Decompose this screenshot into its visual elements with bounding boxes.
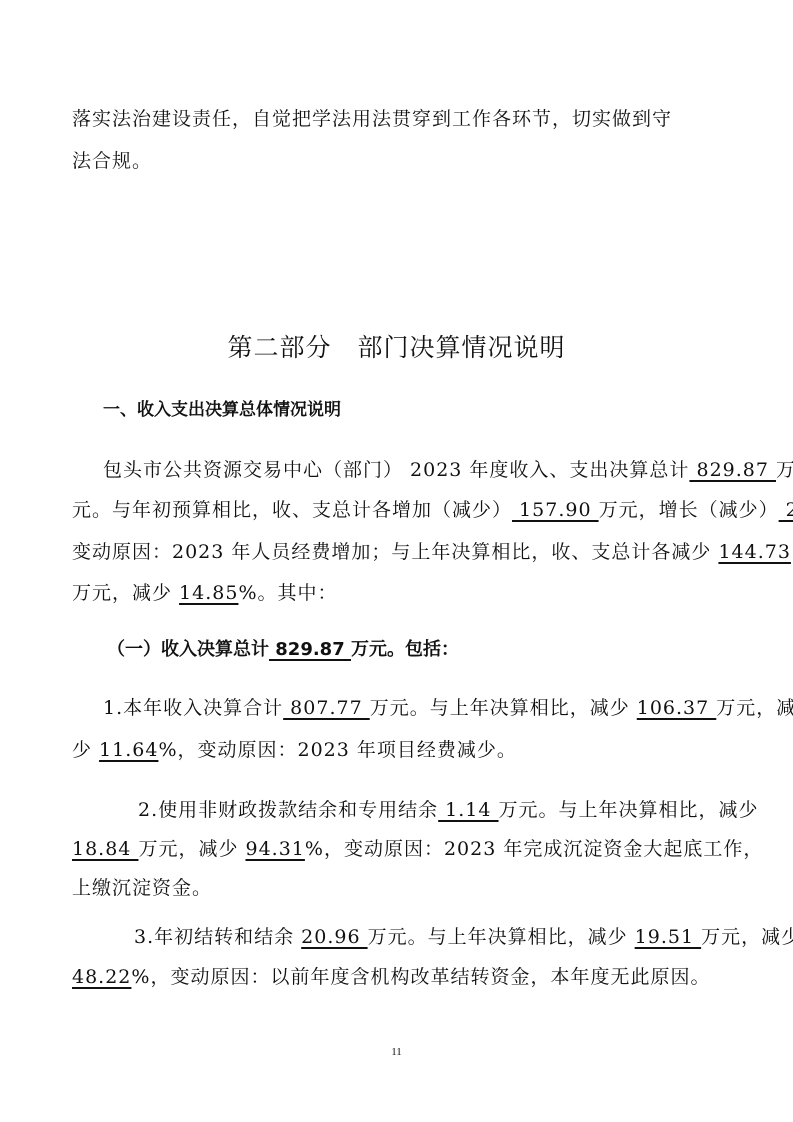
text: 万元。与上年决算相比，减少 [368,926,635,948]
item-3-diff: 19.51 [635,926,701,948]
text: 元。与年初预算相比，收、支总计各增加（减少） [72,499,512,521]
item-3-line-1: 3.年初结转和结余 20.96 万元。与上年决算相比，减少 19.51 万元，减… [134,922,793,949]
item-2-line-3: 上缴沉淀资金。 [72,873,212,900]
text: 万元，增长（减少） [599,499,779,521]
text: 2.使用非财政拨款结余和专用结余 [138,799,438,821]
budget-diff-value: 157.90 [512,499,599,521]
item-1-value: 807.77 [283,697,370,719]
item-1-diff: 106.37 [637,697,717,719]
text: 万元。与上年决算相比，减少 [370,697,637,719]
item-2-line-2: 18.84 万元，减少 94.31%，变动原因：2023 年完成沉淀资金大起底工… [72,834,763,861]
total-value: 829.87 [689,459,776,481]
yoy-diff-pct: 14.85 [179,582,238,604]
paragraph-summary-line-4: 万元，减少 14.85%。其中： [72,578,338,605]
text: 万元，减少 [72,582,179,604]
text: %，变动原因：2023 年完成沉淀资金大起底工作， [305,838,763,860]
intro-line-1: 落实法治建设责任，自觉把学法用法贯穿到工作各环节，切实做到守 [72,104,672,131]
item-1-line-2: 少 11.64%，变动原因：2023 年项目经费减少。 [72,735,517,762]
text: 万元，减少 [701,926,793,948]
budget-diff-pct: 23.50 [779,499,793,521]
text: 3.年初结转和结余 [134,926,301,948]
yoy-diff-value: 144.73 [718,541,790,563]
item-1-pct: 11.64 [99,739,158,761]
text: 万 [776,459,793,481]
page-number: 11 [0,1046,793,1058]
item-2-diff: 18.84 [72,838,138,860]
intro-line-2: 法合规。 [72,146,152,173]
text: %，变动原因：2023 年项目经费减少。 [158,739,516,761]
paragraph-summary-line-1: 包头市公共资源交易中心（部门） 2023 年度收入、支出决算总计 829.87 … [103,455,793,482]
text: 万元，减少 [138,838,245,860]
item-3-value: 20.96 [301,926,367,948]
text: 万元，减 [716,697,793,719]
text: 万元。与上年决算相比，减少 [499,799,759,821]
text: （一）收入决算总计 [107,639,269,660]
text: 少 [72,739,99,761]
income-total-value: 829.87 [269,639,351,660]
text: %。其中： [238,582,337,604]
item-3-line-2: 48.22%，变动原因：以前年度含机构改革结转资金，本年度无此原因。 [72,962,710,989]
item-2-line-1: 2.使用非财政拨款结余和专用结余 1.14 万元。与上年决算相比，减少 [138,795,759,822]
item-2-pct: 94.31 [245,838,304,860]
item-1-line-1: 1.本年收入决算合计 807.77 万元。与上年决算相比，减少 106.37 万… [103,693,793,720]
text: 万元。包括： [351,639,459,660]
item-3-pct: 48.22 [72,966,131,988]
page-title: 第二部分 部门决算情况说明 [0,328,793,364]
text: 包头市公共资源交易中心（部门） 2023 年度收入、支出决算总计 [103,459,689,481]
item-2-value: 1.14 [438,799,498,821]
subsection-heading: （一）收入决算总计 829.87 万元。包括： [107,635,459,661]
text: 1.本年收入决算合计 [103,697,283,719]
text: 变动原因：2023 年人员经费增加；与上年决算相比，收、支总计各减少 [72,541,718,563]
paragraph-summary-line-2: 元。与年初预算相比，收、支总计各增加（减少） 157.90 万元，增长（减少） … [72,495,793,522]
text: %，变动原因：以前年度含机构改革结转资金，本年度无此原因。 [131,966,710,988]
paragraph-summary-line-3: 变动原因：2023 年人员经费增加；与上年决算相比，收、支总计各减少 144.7… [72,537,791,564]
section-heading: 一、收入支出决算总体情况说明 [103,395,341,420]
